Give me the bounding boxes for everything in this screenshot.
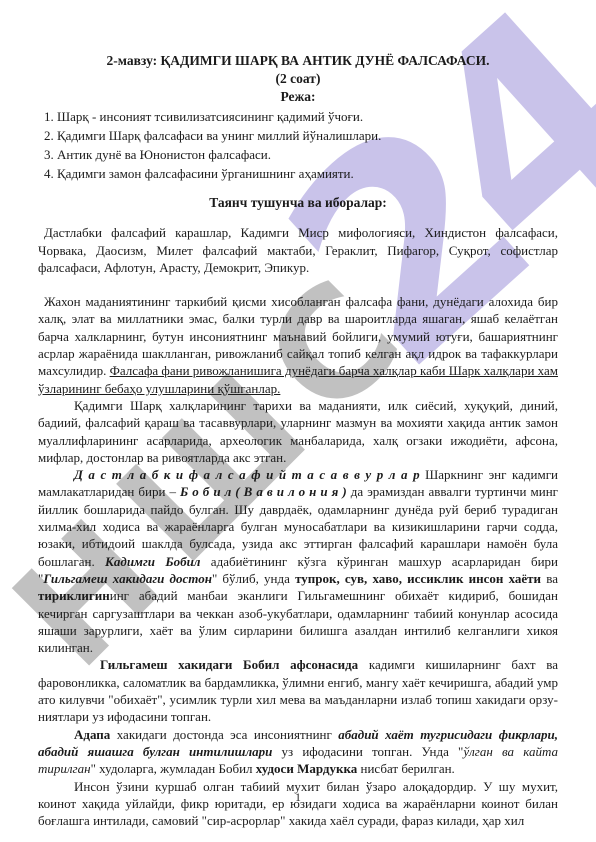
plan-item: 2. Қадимги Шарқ фалсафаси ва унинг милли… — [44, 126, 558, 145]
page-title: 2-мавзу: ҚАДИМГИ ШАРҚ ВА АНТИК ДУНЁ ФАЛС… — [38, 52, 558, 70]
document-page: 24 НШС 2-мавзу: ҚАДИМГИ ШАРҚ ВА АНТИК ДУ… — [0, 0, 596, 842]
plan-item: 4. Қадимги замон фалсафасини ўрганишнинг… — [44, 164, 558, 183]
paragraphs: Дастлабки фалсафий карашлар, Кадимги Мис… — [38, 224, 558, 829]
page-number: 1 — [0, 792, 596, 804]
paragraph: Дастлабки фалсафий карашлар, Кадимги Мис… — [38, 224, 558, 276]
document-content: 2-мавзу: ҚАДИМГИ ШАРҚ ВА АНТИК ДУНЁ ФАЛС… — [0, 0, 596, 829]
key-terms-heading: Таянч тушунча ва иборалар: — [38, 194, 558, 211]
plan-heading: Режа: — [38, 88, 558, 106]
paragraph: Гильгамеш хакидаги Бобил афсонасида кади… — [38, 656, 558, 725]
paragraph: Адапа хакидаги достонда эса инсониятнинг… — [38, 726, 558, 778]
paragraph: Қадимги Шарқ халқларининг тарихи ва мада… — [38, 397, 558, 466]
plan-item: 3. Антик дунё ва Юнонистон фалсафаси. — [44, 145, 558, 164]
plan-item: 1. Шарқ - инсоният тсивилизатсиясининг қ… — [44, 107, 558, 126]
paragraph: Д а с т л а б к и ф а л с а ф и й т а с … — [38, 466, 558, 656]
paragraph: Жахон маданиятининг таркибий қисми хисоб… — [38, 293, 558, 397]
duration-label: (2 соат) — [38, 70, 558, 88]
plan-list: 1. Шарқ - инсоният тсивилизатсиясининг қ… — [44, 107, 558, 183]
